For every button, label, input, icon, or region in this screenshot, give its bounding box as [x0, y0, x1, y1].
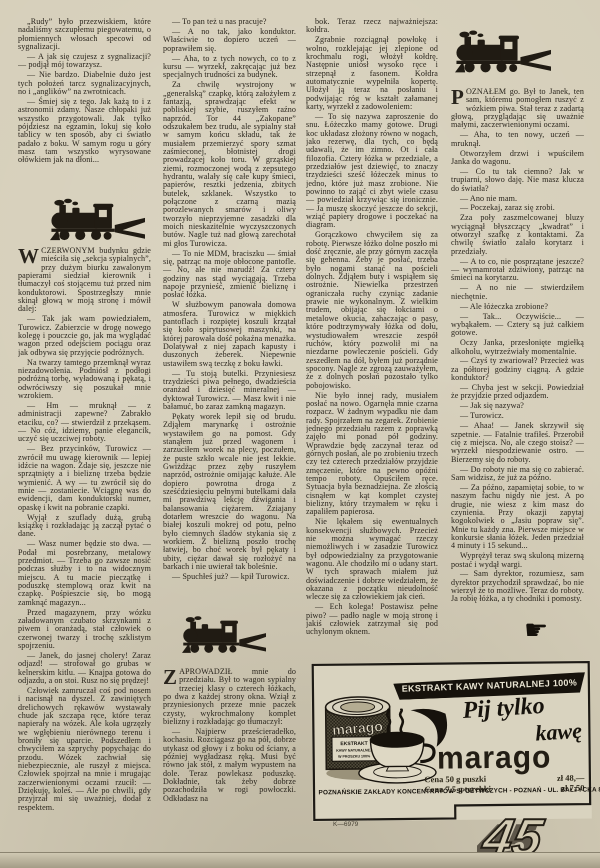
story-paragraph: — Spuchłeś już? — kpił Turowicz. [163, 573, 296, 581]
drop-cap: P [451, 88, 466, 106]
story-paragraph: Pękaty worek lepił się od brudu. Zdjąłem… [163, 413, 296, 572]
story-paragraph: Za chwilę wystrojony w „generalską” czap… [163, 81, 296, 248]
story-paragraph: Oczy Janka, przesłonięte mgiełką alkohol… [451, 339, 584, 356]
story-paragraph: — Poczekaj, zaraz się zrobi. [451, 204, 584, 212]
magazine-page: „Rudy” było przezwiskiem, które nadaliśm… [0, 0, 600, 868]
story-paragraph: — Najpierw prześcieradełko, kochasiu. Ro… [163, 728, 296, 803]
story-paragraph: — To pan też u nas pracuje? [163, 18, 296, 26]
text-column-2-bottom: ZAPROWADZIŁ mnie do przedziału. Był to w… [163, 668, 296, 864]
story-paragraph: — A no tak, jako konduktor. Właściwie to… [163, 28, 296, 53]
story-paragraph: — To się nazywa zaproszenie do snu. Łóże… [306, 113, 438, 230]
story-paragraph: — Wasz numer będzie sto dwa. — Podał mi … [18, 540, 151, 607]
story-paragraph: — Czyś ty zwariował? Przecież was za pół… [451, 357, 584, 382]
story-paragraph: Nie lękałem się ewentualnych konsekwencj… [306, 518, 438, 601]
coffee-ad: EKSTRAKT KAWY NATURALNEJ 100% marago EKS… [311, 661, 592, 822]
page-bottom-edge [0, 852, 600, 868]
price-value: zł 48,— [557, 773, 584, 783]
story-paragraph: ZAPROWADZIŁ mnie do przedziału. Był to w… [163, 668, 296, 726]
drop-cap: W [18, 247, 41, 265]
story-paragraph: — Tak jak wam powiedziałem, Turowicz. Za… [18, 315, 151, 357]
story-paragraph: — Ahaa! — Janek skrzywił się szpetnie. —… [451, 422, 584, 464]
story-paragraph: — To nie MDM, braciszku — śmiał się, pat… [163, 250, 296, 300]
text-column-3: bok. Teraz rzecz najważniejsza: kołdra. … [306, 18, 438, 660]
story-paragraph: Wyjął z szuflady dużą, grubą książkę i r… [18, 514, 151, 539]
story-paragraph: — Aha, to z tych nowych, co to z kursu —… [163, 55, 296, 80]
locomotive-icon [50, 196, 145, 249]
story-paragraph: — Aha, to ten nowy, uczeń — mruknął. [451, 131, 584, 148]
story-paragraph: — A jak się czujesz z sygnalizacji? — po… [18, 53, 151, 70]
story-paragraph: — Co tu tak ciemno? Jak w trupiarni, sło… [451, 168, 584, 193]
story-paragraph: — Jak się nazywa? [451, 402, 584, 410]
text-column-2-top: — To pan też u nas pracuje? — A no tak, … [163, 18, 296, 610]
story-paragraph: POZNAŁEM go. Był to Janek, ten sam, któr… [451, 88, 584, 130]
story-paragraph: — Tak... Oczywiście... — wybąkałem. — Cz… [451, 313, 584, 338]
story-paragraph: Nie było innej rady, musiałem posłać na … [306, 392, 438, 517]
story-paragraph: — Sam dyrektor, rozumiesz, sam dyrektor … [451, 570, 584, 603]
pointing-hand-icon: ☛ [524, 616, 548, 646]
story-paragraph: — Ale łóżeczka zrobione? [451, 303, 584, 311]
story-paragraph: Wyprężył teraz swą skuloną mizerną posta… [451, 552, 584, 569]
story-paragraph: — Hm — mruknął — z administracji zapewne… [18, 402, 151, 444]
story-paragraph: — Turowicz. [451, 412, 584, 420]
story-paragraph: Zza poły zaszmelcowanej bluzy wyciągnął … [451, 214, 584, 256]
text-column-1-bottom: WCZERWONYM budynku gdzie mieściła się „s… [18, 247, 151, 843]
story-paragraph: Przed magazynem, przy wózku załadowanym … [18, 609, 151, 651]
story-paragraph: bok. Teraz rzecz najważniejsza: kołdra. [306, 18, 438, 35]
story-paragraph: — Chyba jest w sekcji. Powiedział że prz… [451, 384, 584, 401]
story-paragraph: Na twarzy tamtego przemknął wyraz niezad… [18, 359, 151, 401]
story-paragraph: — Za późno, zapamiętaj sobie, to w naszy… [451, 484, 584, 551]
story-paragraph: — Do roboty nie ma się co zabierać. Sam … [451, 466, 584, 483]
ad-code: K—6979 [333, 821, 358, 828]
story-paragraph: WCZERWONYM budynku gdzie mieściła się „s… [18, 247, 151, 314]
story-paragraph: Otworzyłem drzwi i wpuściłem Janka do wa… [451, 150, 584, 167]
locomotive-icon [182, 612, 266, 663]
story-paragraph: Człowiek zamruczał coś pod nosem i nacis… [18, 687, 151, 812]
story-paragraph: — Bez przycinków, Turowicz — zwrócił mu … [18, 445, 151, 512]
locomotive-icon [455, 26, 551, 83]
story-paragraph: W służbowym panowała domowa atmosfera. T… [163, 301, 296, 368]
story-paragraph: — Ech kolega! Postawisz pełne piwo? — pa… [306, 603, 438, 636]
story-paragraph: Zgrabnie rozciągnął powłokę i wolno, roz… [306, 36, 438, 111]
ad-brand-name: marago [400, 740, 588, 778]
price-label: Cena 50 g puszki [424, 774, 486, 785]
story-paragraph: — Nie bardzo. Diabelnie dużo jest tych p… [18, 71, 151, 96]
story-paragraph: Gorączkowo chwyciłem się za robotę. Pier… [306, 231, 438, 390]
story-paragraph: — Śmiej się z tego. Jak każą to i z astr… [18, 98, 151, 165]
story-paragraph: — Tu stoją butelki. Przyniesiesz trzydzi… [163, 370, 296, 412]
text-column-4: POZNAŁEM go. Był to Janek, ten sam, któr… [451, 88, 584, 644]
story-paragraph: — Janek, do jasnej cholery! Zaraz odjazd… [18, 652, 151, 685]
story-paragraph: „Rudy” było przezwiskiem, które nadaliśm… [18, 18, 151, 51]
text-column-1-top: „Rudy” było przezwiskiem, które nadaliśm… [18, 18, 151, 196]
story-paragraph: — A to co, nie posprzątane jeszcze? — wy… [451, 258, 584, 283]
story-paragraph: — Ano nie mam. [451, 195, 584, 203]
story-paragraph: — A no nie — stwierdziłem niechętnie. [451, 284, 584, 301]
drop-cap: Z [163, 668, 179, 686]
